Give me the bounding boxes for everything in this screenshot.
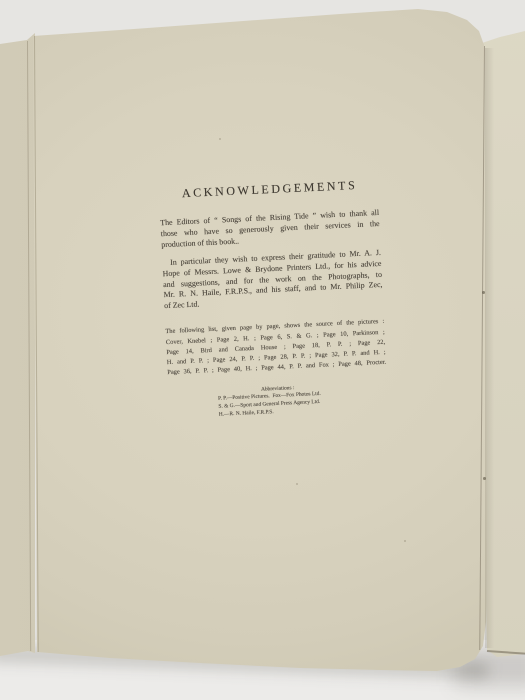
page-content: ACKNOWLEDGEMENTS The Editors of “ Songs … — [159, 177, 389, 422]
abbreviations-block: Abbreviations : P. P.—Positive Pictures.… — [218, 383, 339, 419]
paper-speck — [296, 483, 298, 485]
paper-speck — [404, 540, 406, 542]
page-edge-nick — [482, 291, 485, 294]
book-photo: ACKNOWLEDGEMENTS The Editors of “ Songs … — [0, 0, 525, 700]
paper-speck — [219, 138, 221, 140]
page-edge-shadow — [485, 48, 494, 648]
page-edge-nick — [483, 477, 486, 480]
paragraph-gratitude: In particular they wish to express their… — [162, 248, 383, 313]
paragraph-editors: The Editors of “ Songs of the Rising Tid… — [160, 208, 380, 251]
picture-credits-list: The following list, given page by page, … — [165, 317, 386, 379]
